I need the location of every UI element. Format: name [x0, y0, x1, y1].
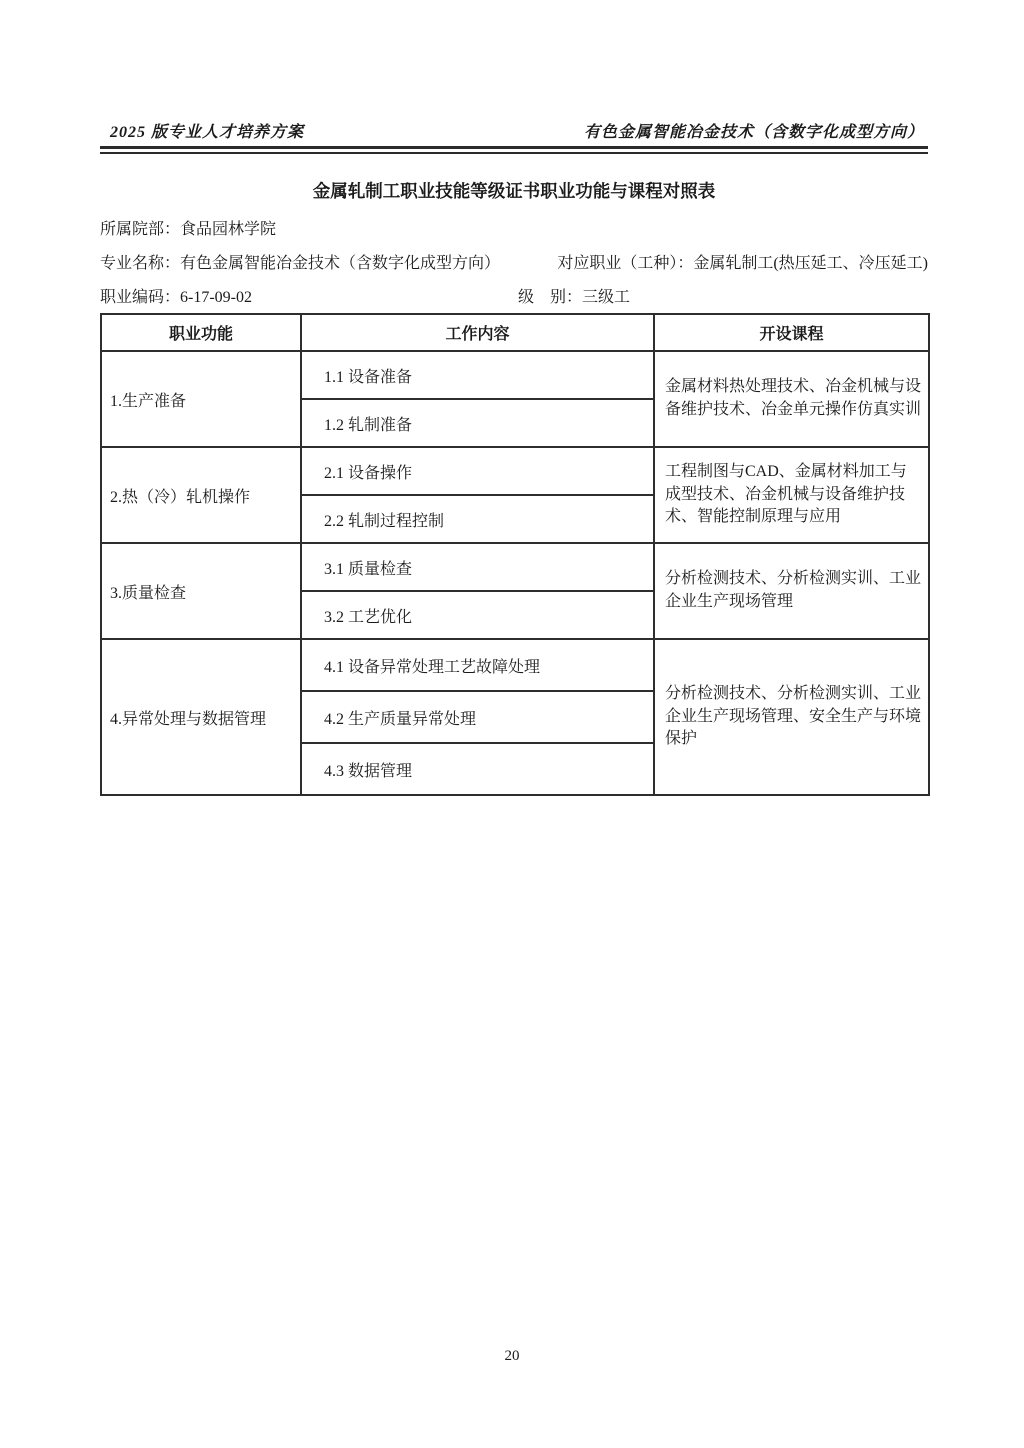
- col-header-function: 职业功能: [101, 314, 301, 351]
- info-line-code-level: 职业编码：6-17-09-02 级 别：三级工: [100, 286, 928, 310]
- table-row: 3.质量检查 3.1 质量检查 分析检测技术、分析检测实训、工业企业生产现场管理: [101, 543, 929, 591]
- function-cell: 4.异常处理与数据管理: [101, 639, 301, 795]
- col-header-work-content: 工作内容: [301, 314, 654, 351]
- department-text: 所属院部：食品园林学院: [100, 221, 276, 238]
- function-course-table: 职业功能 工作内容 开设课程 1.生产准备 1.1 设备准备 金属材料热处理技术…: [100, 313, 930, 796]
- table-row: 4.异常处理与数据管理 4.1 设备异常处理工艺故障处理 分析检测技术、分析检测…: [101, 639, 929, 691]
- courses-cell: 分析检测技术、分析检测实训、工业企业生产现场管理: [654, 543, 929, 639]
- col-header-courses: 开设课程: [654, 314, 929, 351]
- function-cell: 1.生产准备: [101, 351, 301, 447]
- page-content: 2025 版专业人才培养方案 有色金属智能冶金技术（含数字化成型方向） 金属轧制…: [100, 118, 928, 796]
- function-cell: 3.质量检查: [101, 543, 301, 639]
- major-text: 专业名称：有色金属智能冶金技术（含数字化成型方向）: [100, 252, 500, 276]
- function-cell: 2.热（冷）轧机操作: [101, 447, 301, 543]
- header-double-rule: [100, 146, 928, 154]
- task-cell: 3.1 质量检查: [301, 543, 654, 591]
- document-title: 金属轧制工职业技能等级证书职业功能与课程对照表: [100, 178, 928, 204]
- courses-cell: 分析检测技术、分析检测实训、工业企业生产现场管理、安全生产与环境保护: [654, 639, 929, 795]
- courses-cell: 工程制图与CAD、金属材料加工与成型技术、冶金机械与设备维护技术、智能控制原理与…: [654, 447, 929, 543]
- code-text: 职业编码：6-17-09-02: [100, 289, 252, 306]
- task-cell: 2.1 设备操作: [301, 447, 654, 495]
- document-page: 2025 版专业人才培养方案 有色金属智能冶金技术（含数字化成型方向） 金属轧制…: [0, 0, 1024, 1448]
- courses-cell: 金属材料热处理技术、冶金机械与设备维护技术、冶金单元操作仿真实训: [654, 351, 929, 447]
- running-header: 2025 版专业人才培养方案 有色金属智能冶金技术（含数字化成型方向）: [100, 118, 928, 142]
- occupation-text: 对应职业（工种）：金属轧制工(热压延工、冷压延工): [557, 252, 928, 276]
- level-text: 级 别：三级工: [518, 286, 630, 310]
- table-row: 1.生产准备 1.1 设备准备 金属材料热处理技术、冶金机械与设备维护技术、冶金…: [101, 351, 929, 399]
- task-cell: 2.2 轧制过程控制: [301, 495, 654, 543]
- header-left-text: 2025 版专业人才培养方案: [110, 119, 304, 142]
- task-cell: 4.1 设备异常处理工艺故障处理: [301, 639, 654, 691]
- table-header-row: 职业功能 工作内容 开设课程: [101, 314, 929, 351]
- task-cell: 1.1 设备准备: [301, 351, 654, 399]
- header-right-text: 有色金属智能冶金技术（含数字化成型方向）: [584, 119, 924, 142]
- task-cell: 4.3 数据管理: [301, 743, 654, 795]
- info-line-department: 所属院部：食品园林学院: [100, 218, 928, 242]
- task-cell: 4.2 生产质量异常处理: [301, 691, 654, 743]
- task-cell: 1.2 轧制准备: [301, 399, 654, 447]
- table-row: 2.热（冷）轧机操作 2.1 设备操作 工程制图与CAD、金属材料加工与成型技术…: [101, 447, 929, 495]
- info-line-major-occupation: 专业名称：有色金属智能冶金技术（含数字化成型方向） 对应职业（工种）：金属轧制工…: [100, 252, 928, 276]
- task-cell: 3.2 工艺优化: [301, 591, 654, 639]
- page-number: 20: [0, 1348, 1024, 1365]
